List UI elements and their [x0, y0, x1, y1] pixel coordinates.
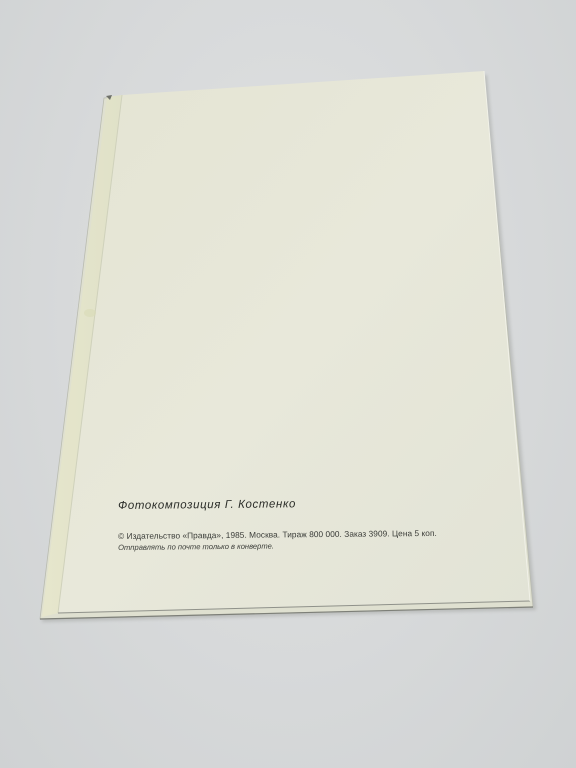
photo-scene: Фотокомпозиция Г. Костенко © Издательств… [0, 0, 576, 768]
card-face [58, 71, 530, 613]
spine-stain [84, 309, 96, 317]
postcard [0, 0, 576, 768]
